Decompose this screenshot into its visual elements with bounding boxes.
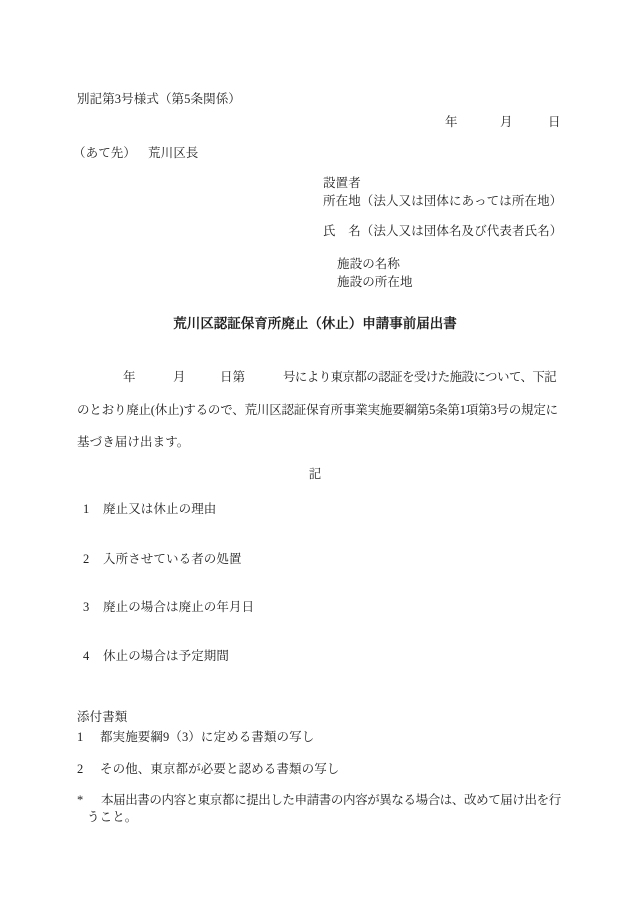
- date-month-label: 月: [500, 115, 513, 129]
- list-item-text: 廃止の場合は廃止の年月日: [103, 600, 254, 614]
- body-line1-text: 号により東京都の認証を受けた施設について、下記: [283, 370, 556, 384]
- list-item-text: 入所させている者の処置: [103, 552, 242, 566]
- list-item-number: 1: [83, 502, 89, 516]
- addressee-name: 荒川区長: [148, 146, 198, 160]
- footnote-line2: うこと。: [87, 810, 137, 824]
- list-item-number: 2: [83, 552, 89, 566]
- form-number-label: 別記第3号様式（第5条関係）: [77, 92, 241, 106]
- list-item-number: 4: [83, 649, 89, 663]
- attachment-item-number: 1: [77, 730, 83, 744]
- installer-address-label: 所在地（法人又は団体にあっては所在地）: [323, 194, 562, 208]
- attachment-item-text: 都実施要綱9（3）に定める書類の写し: [100, 730, 314, 744]
- list-item-text: 休止の場合は予定期間: [103, 649, 229, 663]
- footnote-asterisk: *: [77, 793, 83, 807]
- body-line1-year: 年: [123, 370, 136, 384]
- attachment-item-text: その他、東京都が必要と認める書類の写し: [100, 762, 339, 776]
- date-year-label: 年: [445, 115, 458, 129]
- body-line1-month: 月: [173, 370, 186, 384]
- attachment-item-number: 2: [77, 762, 83, 776]
- installer-name-label: 氏 名（法人又は団体名及び代表者氏名）: [323, 224, 562, 238]
- ki-heading: 記: [0, 467, 630, 481]
- document-page: 別記第3号様式（第5条関係） 年 月 日 （あて先） 荒川区長 設置者 所在地（…: [0, 0, 630, 903]
- attachments-heading: 添付書類: [77, 710, 127, 724]
- facility-address-label: 施設の所在地: [337, 275, 413, 289]
- body-line1-day-number: 日第: [220, 370, 245, 384]
- installer-label: 設置者: [323, 176, 361, 190]
- body-line2-text: のとおり廃止(休止)するので、荒川区認証保育所事業実施要綱第5条第1項第3号の規…: [77, 403, 558, 417]
- facility-name-label: 施設の名称: [337, 257, 400, 271]
- addressee-prefix: （あて先）: [73, 146, 136, 160]
- document-title: 荒川区認証保育所廃止（休止）申請事前届出書: [0, 316, 630, 332]
- date-day-label: 日: [548, 115, 561, 129]
- list-item-text: 廃止又は休止の理由: [103, 502, 216, 516]
- footnote-line1: 本届出書の内容と東京都に提出した申請書の内容が異なる場合は、改めて届け出を行: [101, 793, 561, 807]
- list-item-number: 3: [83, 600, 89, 614]
- body-line3-text: 基づき届け出ます。: [77, 435, 189, 449]
